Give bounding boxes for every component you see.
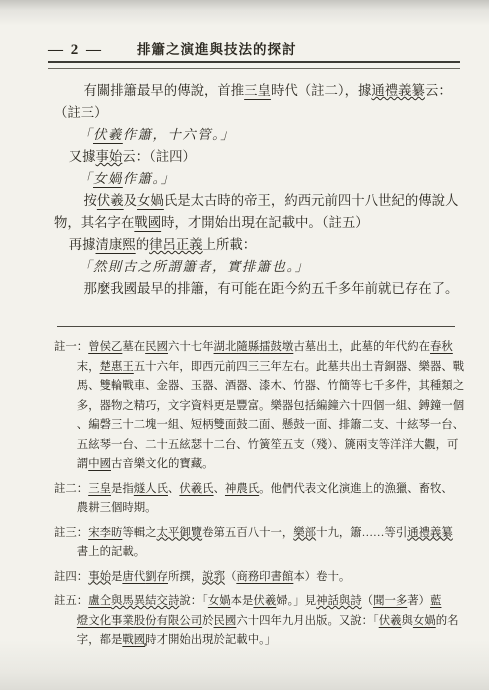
underlined-term: 事始 (96, 149, 123, 164)
text-segment: 「 (78, 171, 93, 186)
underlined-term: 曾侯乙 (88, 341, 122, 353)
underlined-term: 戰國 (134, 215, 161, 230)
text-segment: 馬、雙輪戰車、金器、玉器、酒器、漆木、竹器、竹簡等七千多件，其種類之 (77, 380, 464, 392)
text-segment: 上所載： (203, 237, 257, 252)
text-segment: 「然則古之所謂簫者，實排簫也。」 (78, 259, 310, 274)
text-segment: 作簫。」 (123, 171, 176, 186)
underlined-term: 劉存 (145, 571, 168, 583)
text-segment: 卷第五百八十一， (202, 527, 293, 539)
text-segment: 註四： (54, 571, 88, 583)
text-segment: 、 (214, 483, 225, 495)
para-fuxi-nuwa-era: 按伏羲及女媧氏是太古時的帝王，約西元前四十八世紀的傳說人物，其名字在戰國時，才開… (54, 190, 469, 234)
underlined-term: 伏羲氏 (179, 483, 213, 495)
underlined-term: 通禮義纂 (407, 527, 453, 539)
underlined-term: 伏羲 (253, 595, 276, 607)
text-segment: （ (362, 595, 373, 607)
page-number: — 2 — (48, 42, 103, 59)
para-quote-fuxi: 「伏羲作簫，十六管。」 (54, 124, 469, 146)
footnote-2: 註二：三皇是指燧人氏、伏羲氏、神農氏。他們代表文化演進上的漁獵、畜牧、農耕三個時… (54, 480, 472, 519)
underlined-term: 說郛 (202, 571, 225, 583)
text-segment: 等輯之 (122, 527, 156, 539)
underlined-term: 伏羲 (97, 193, 124, 208)
text-segment: 及 (124, 193, 137, 208)
underlined-term: 三皇 (88, 483, 111, 495)
para-conclusion: 那麼我國最早的排簫，有可能在距今約五千多年前就已存在了。 (54, 278, 469, 300)
text-segment: 再據 (69, 237, 96, 252)
text-segment: 又據 (69, 149, 96, 164)
text-segment: 古墓出土，此墓的年代約在 (293, 341, 430, 353)
underlined-term: 商務印書館 (236, 571, 293, 583)
para-lvlv-citation: 再據清康熙的律呂正義上所載： (54, 234, 469, 256)
underlined-term: 神農氏 (225, 483, 259, 495)
text-segment: 謂 (77, 458, 88, 470)
text-segment: 時，才開始出現在記載中。（註五） (161, 215, 369, 230)
footnote-separator-rule (57, 326, 455, 327)
text-segment: 物，其名字在 (54, 215, 134, 230)
para-legend-intro: 有關排簫最早的傳說，首推三皇時代（註二），據通禮義纂云：（註三） (54, 80, 469, 124)
text-segment: 古音樂文化的寶藏。 (111, 458, 214, 470)
text-segment: 五絃琴一台、二十五絃瑟十二台、竹簧笙五支（殘）、篪兩支等洋洋大觀，可 (77, 439, 459, 451)
text-segment: 作簫，十六管。」 (123, 127, 235, 142)
underlined-term: 民國 (214, 615, 237, 627)
text-segment: 本是 (231, 595, 254, 607)
underlined-term: 清康熙 (96, 237, 136, 252)
underlined-term: 通禮義纂 (371, 83, 425, 98)
footnote-4: 註四：事始是唐代劉存所撰，說郛（商務印書館本）卷十。 (54, 568, 472, 588)
underlined-term: 唐代 (122, 571, 145, 583)
para-quote-nuwa: 「女媧作簫。」 (54, 168, 469, 190)
text-segment: 於 (202, 615, 213, 627)
underlined-term: 燈文化事業股份有限公司 (77, 615, 202, 627)
text-segment: （註三） (54, 105, 108, 120)
underlined-term: 戰國 (122, 634, 145, 646)
underlined-term: 太平御覽 (157, 527, 203, 539)
underlined-term: 樂部 (293, 527, 316, 539)
text-segment: 的名 (436, 615, 459, 627)
underlined-term: 女媧 (93, 171, 123, 186)
scanned-book-page: — 2 — 排簫之演進與技法的探討 有關排簫最早的傳說，首推三皇時代（註二），據… (0, 0, 489, 690)
underlined-term: 楚惠王 (100, 361, 134, 373)
underlined-term: 女媧 (137, 193, 164, 208)
running-title: 排簫之演進與技法的探討 (137, 38, 297, 58)
text-segment: 云： (425, 83, 452, 98)
header-rule (48, 61, 460, 69)
text-segment: 註一： (54, 341, 88, 353)
underlined-term: 中國 (88, 458, 111, 470)
underlined-term: 聞一多 (373, 595, 407, 607)
underlined-term: 與馬異結交詩 (111, 595, 179, 607)
text-segment: 註五： (54, 595, 88, 607)
text-segment: 農耕三個時期。 (77, 502, 157, 514)
text-segment: 那麼我國最早的排簫，有可能在距今約五千多年前就已存在了。 (83, 281, 458, 296)
text-segment: 時代（註二），據 (271, 83, 371, 98)
underlined-term: 湖北隨縣 (214, 341, 260, 353)
running-header: — 2 — 排簫之演進與技法的探討 (48, 38, 463, 59)
text-segment: 、編磬三十二塊一組、短柄雙面鼓二面、懸鼓一面、排簫二支、十絃琴一台、 (77, 419, 464, 431)
footnote-1: 註一：曾侯乙墓在民國六十七年湖北隨縣擂鼓墩古墓出土，此墓的年代約在春秋末，楚惠王… (54, 338, 472, 475)
text-segment: 墓在 (122, 341, 145, 353)
text-segment: 本）卷十。 (293, 571, 350, 583)
underlined-term: 神話與詩 (316, 595, 362, 607)
text-segment: 多，器物之精巧，文字資料更是豐富。樂器包括編鐘六十四個一組、鎛鐘一個 (77, 400, 464, 412)
underlined-term: 春秋 (430, 341, 453, 353)
underlined-term: 伏羲 (93, 127, 123, 142)
text-segment: 。他們代表文化演進上的漁獵、畜牧、 (259, 483, 453, 495)
text-segment: 「 (78, 127, 93, 142)
text-segment: 末， (77, 361, 100, 373)
text-segment: 的 (136, 237, 149, 252)
underlined-term: 律呂正義 (149, 237, 203, 252)
text-segment: 是指 (111, 483, 134, 495)
text-segment: 是 (111, 571, 122, 583)
underlined-term: 盧仝 (88, 595, 111, 607)
text-segment: 字，都是 (77, 634, 123, 646)
text-segment: 著） (407, 595, 430, 607)
underlined-term: 女媧 (208, 595, 231, 607)
footnote-3: 註三：宋李昉等輯之太平御覽卷第五百八十一，樂部十九，簫……等引通禮義纂書上的記載… (54, 524, 472, 563)
underlined-term: 女媧 (413, 615, 436, 627)
para-quote-lvlv: 「然則古之所謂簫者，實排簫也。」 (54, 256, 469, 278)
underlined-term: 宋李昉 (88, 527, 122, 539)
underlined-term: 擂鼓墩 (259, 341, 293, 353)
text-segment: 按 (83, 193, 96, 208)
underlined-term: 伏羲 (379, 615, 402, 627)
text-segment: 所撰， (168, 571, 202, 583)
text-segment: 說：「 (179, 595, 207, 607)
footnotes-block: 註一：曾侯乙墓在民國六十七年湖北隨縣擂鼓墩古墓出土，此墓的年代約在春秋末，楚惠王… (54, 338, 472, 656)
underlined-term: 民國 (145, 341, 168, 353)
text-segment: 註三： (54, 527, 88, 539)
text-segment: 註二： (54, 483, 88, 495)
text-segment: 、 (168, 483, 179, 495)
text-segment: 婦。」見 (276, 595, 316, 607)
text-segment: 六十四年九月出版。又說：「 (236, 615, 378, 627)
underlined-term: 三皇 (244, 83, 271, 98)
text-segment: 云：（註四） (122, 149, 196, 164)
text-segment: 與 (402, 615, 413, 627)
text-segment: 氏是太古時的帝王，約西元前四十八世紀的傳說人 (164, 193, 459, 208)
text-segment: 六十七年 (168, 341, 214, 353)
para-shishi-citation: 又據事始云：（註四） (54, 146, 469, 168)
underlined-term: 事始 (88, 571, 111, 583)
scan-speck (144, 643, 147, 646)
text-segment: 時才開始出現於記載中。」 (145, 634, 276, 646)
text-segment: 書上的記載。 (77, 546, 145, 558)
underlined-term: 藍 (430, 595, 441, 607)
text-segment: 十九，簫……等引 (316, 527, 407, 539)
text-segment: 有關排簫最早的傳說，首推 (83, 83, 244, 98)
text-segment: （ (225, 571, 236, 583)
body-text: 有關排簫最早的傳說，首推三皇時代（註二），據通禮義纂云：（註三）「伏羲作簫，十六… (54, 80, 469, 300)
text-segment: 五十六年，即西元前四三三年左右。此墓共出土青銅器、樂器、戰 (134, 361, 464, 373)
underlined-term: 燧人氏 (134, 483, 168, 495)
footnote-5: 註五：盧仝與馬異結交詩說：「女媧本是伏羲婦。」見神話與詩（聞一多著）藍燈文化事業… (54, 592, 472, 651)
